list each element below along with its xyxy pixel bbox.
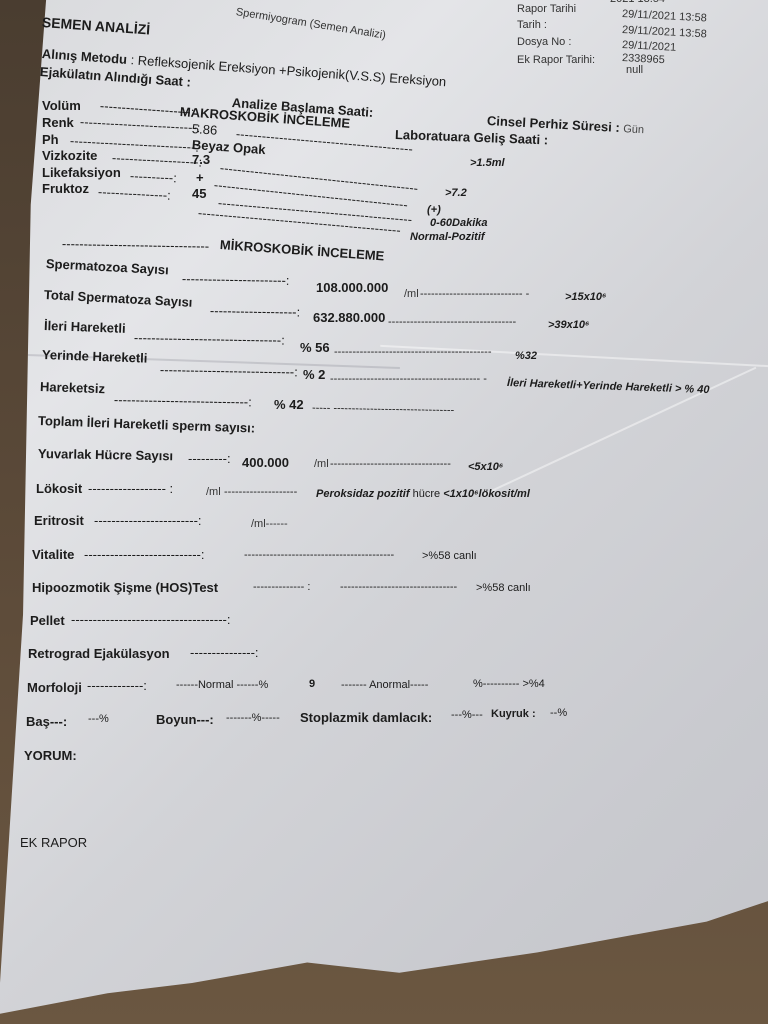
macro-value-viscosity: + — [196, 170, 204, 185]
macro-value-ph: 7.3 — [192, 152, 210, 167]
micro-value-immotile: % 42 — [274, 397, 304, 412]
micro-label: Hareketsiz — [40, 379, 106, 396]
macro-label: Vizkozite — [42, 148, 97, 163]
micro-unit: /ml — [404, 288, 419, 300]
micro-value-nonprogressive: % 2 — [303, 367, 325, 382]
leader-dashes: -------------: — [87, 678, 147, 693]
leader-dashes: -------------------------------: — [114, 392, 252, 409]
extra-report-label: EK RAPOR — [20, 835, 87, 850]
erythrocyte-unit: /ml------ — [251, 518, 288, 530]
leader-dashes: --------------------------------- — [330, 458, 451, 470]
leader-dashes: -------------------------------- — [340, 581, 457, 593]
macro-label: Likefaksiyon — [42, 165, 121, 180]
defect-cytoplasmic-value: ---%--- — [451, 709, 483, 721]
leader-dashes: -------------------- — [224, 486, 297, 498]
micro-value-concentration: 108.000.000 — [316, 280, 388, 295]
morphology-normal-label: ------Normal ------% — [176, 679, 268, 691]
micro-ref-total: >39x10⁶ — [548, 319, 589, 331]
leukocyte-ref-a: Peroksidaz pozitif — [316, 488, 410, 500]
macro-label: Volüm — [42, 98, 81, 113]
macro-ref-ph: >7.2 — [445, 187, 467, 199]
pellet-label: Pellet — [30, 613, 65, 628]
macro-label: Ph — [42, 132, 59, 147]
morphology-abnormal-tail: %---------- >%4 — [473, 678, 545, 690]
macro-ref-volume: >1.5ml — [470, 157, 505, 169]
leader-dashes: ---------------------------------- — [62, 236, 209, 254]
defect-cytoplasmic-label: Stoplazmik damlacık: — [300, 710, 432, 725]
leader-dashes: ------------------------------------: — [71, 612, 230, 627]
morphology-normal-value: 9 — [309, 678, 315, 690]
leader-dashes: ----------------------------------------… — [244, 549, 394, 561]
defect-neck-value: -------%----- — [226, 712, 280, 724]
leader-dashes: ---------------------------: — [84, 547, 205, 562]
leader-dashes: -------------- : — [253, 581, 310, 593]
micro-ref-progressive: %32 — [515, 350, 537, 362]
leader-dashes: ------------------------: — [94, 513, 202, 528]
leukocyte-unit: /ml — [206, 486, 221, 498]
leader-dashes: ------------------------: — [182, 271, 290, 288]
defect-tail-value: --% — [550, 707, 567, 719]
leukocyte-ref-c: <1x10⁶lökosit/ml — [443, 488, 530, 500]
macro-ref-liquefaction: 0-60Dakika — [430, 217, 488, 229]
leader-dashes: -------------------------------: — [160, 362, 298, 379]
leader-dashes: ---------: — [188, 451, 231, 466]
macro-ref-fructose: Normal-Pozitif — [410, 231, 485, 243]
header-label: Rapor Tarihi — [517, 3, 576, 15]
round-cells-unit: /ml — [314, 458, 329, 470]
micro-value-progressive: % 56 — [300, 340, 330, 355]
defect-tail-label: Kuyruk : — [491, 708, 536, 720]
leukocyte-label: Lökosit — [36, 481, 82, 496]
micro-label: İleri Hareketli — [44, 318, 126, 336]
hos-label: Hipoozmotik Şişme (HOS)Test — [32, 580, 218, 595]
leader-dashes: ----------------------------------------… — [330, 373, 487, 385]
leader-dashes: ----------------------------------: — [134, 330, 285, 348]
defect-head-label: Baş---: — [26, 714, 67, 729]
macro-ref-viscosity: (+) — [427, 204, 441, 216]
comment-label: YORUM: — [24, 748, 77, 763]
leukocyte-ref-b: hücre — [413, 488, 441, 500]
morphology-label: Morfoloji — [27, 680, 82, 695]
leader-dashes: ---------------------------- - — [420, 288, 529, 300]
macro-value-liquefaction: 45 — [192, 186, 206, 201]
leukocyte-ref: Peroksidaz pozitif hücre <1x10⁶lökosit/m… — [316, 488, 530, 500]
macro-value-volume: 5.86 — [191, 121, 217, 138]
macro-label: Renk — [42, 115, 74, 130]
leader-dashes: ----- --------------------------------- — [312, 402, 454, 416]
leader-dashes: --------------------: — [210, 303, 300, 320]
header-label: Ek Rapor Tarihi: — [517, 54, 595, 66]
morphology-abnormal-label: ------- Anormal----- — [341, 679, 428, 691]
leader-dashes: ----------------------------------- — [388, 316, 516, 328]
header-value: null — [626, 64, 643, 76]
retrograde-label: Retrograd Ejakülasyon — [28, 646, 170, 661]
round-cells-value: 400.000 — [242, 455, 289, 470]
round-cells-label: Yuvarlak Hücre Sayısı — [38, 446, 173, 463]
micro-value-total: 632.880.000 — [313, 310, 385, 325]
defect-head-value: ---% — [88, 713, 109, 725]
hos-ref: >%58 canlı — [476, 582, 531, 594]
header-label: Dosya No : — [517, 36, 571, 48]
erythrocyte-label: Eritrosit — [34, 513, 84, 528]
vitality-ref: >%58 canlı — [422, 550, 477, 562]
leader-dashes: ------------------ : — [88, 481, 173, 496]
leader-dashes: ----------------------------------------… — [334, 346, 492, 358]
header-value-partial: 2021 13:54 — [610, 0, 665, 5]
macro-label: Fruktoz — [42, 181, 89, 196]
leader-dashes: ----------: — [130, 168, 178, 185]
abstinence-value: Gün — [623, 123, 644, 136]
header-label: Tarih : — [517, 19, 547, 31]
leader-dashes: ---------------: — [190, 645, 259, 660]
vitality-label: Vitalite — [32, 547, 74, 562]
defect-neck-label: Boyun---: — [156, 712, 214, 727]
micro-ref-concentration: >15x10⁶ — [565, 291, 606, 303]
round-cells-ref: <5x10⁶ — [468, 461, 503, 473]
